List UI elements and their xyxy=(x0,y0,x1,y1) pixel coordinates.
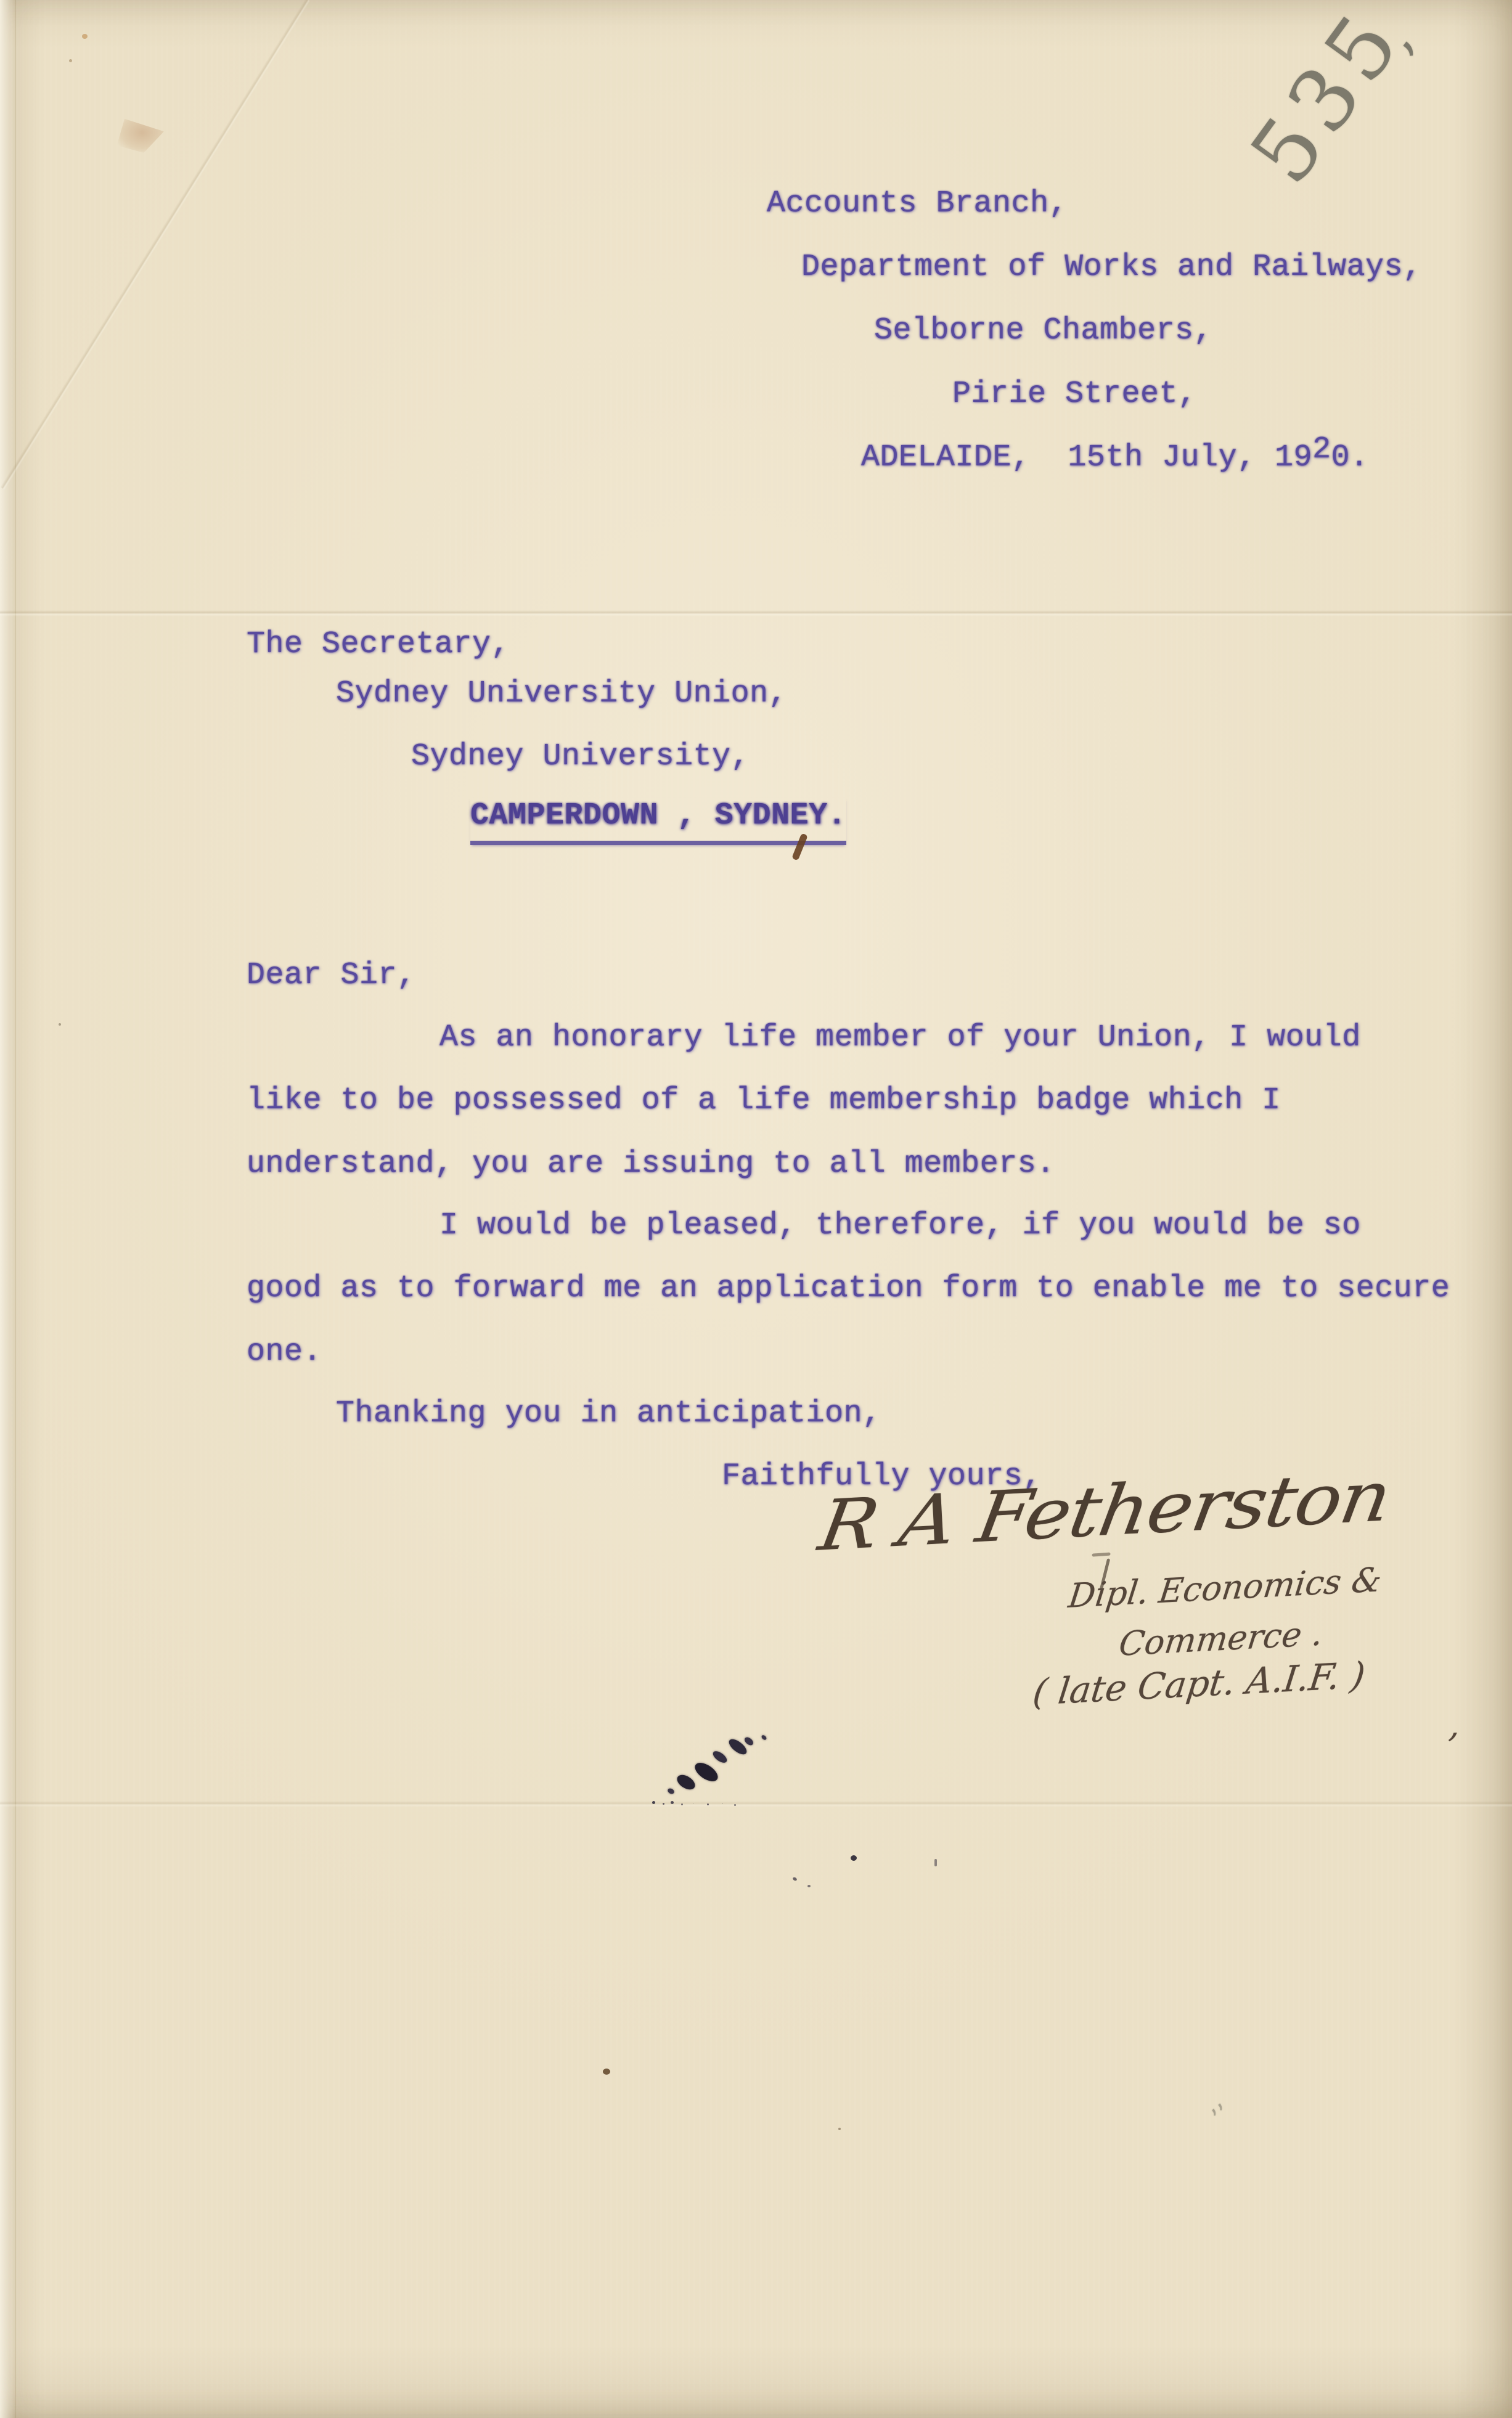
sender-line-2: Department of Works and Railways, xyxy=(801,250,1422,285)
dateline: ADELAIDE, 15th July, 1920. xyxy=(861,441,1369,475)
ink-blob xyxy=(743,1736,755,1747)
signature-trailing-comma: , xyxy=(1447,1705,1463,1745)
recipient-city: CAMPERDOWN , SYDNEY. xyxy=(470,799,846,833)
dateline-middle: 15th July, 19 xyxy=(1031,440,1313,475)
paper-speck xyxy=(59,1023,61,1026)
ink-blob xyxy=(692,1759,721,1785)
recipient-line-2: Sydney University Union, xyxy=(336,677,787,711)
fold-crease-upper xyxy=(0,610,1512,616)
recipient-city-text: CAMPERDOWN , SYDNEY. xyxy=(470,798,846,845)
ink-dot xyxy=(792,1877,798,1882)
ink-blob xyxy=(667,1787,676,1795)
paper-speck xyxy=(82,34,88,39)
dateline-city: ADELAIDE, xyxy=(861,440,1031,475)
paper-speck xyxy=(838,2128,841,2130)
letter-page: 535 ʼ Accounts Branch, Department of Wor… xyxy=(0,0,1512,2418)
body-line-4: I would be pleased, therefore, if you wo… xyxy=(439,1209,1361,1243)
sender-line-4: Pirie Street, xyxy=(952,377,1197,412)
salutation: Dear Sir, xyxy=(247,958,416,993)
ink-smudge xyxy=(669,1739,774,1807)
signature-credential-3: ( late Capt. A.I.F. ) xyxy=(1031,1654,1368,1713)
signature-credential-2: Commerce . xyxy=(1117,1614,1325,1664)
ink-dot xyxy=(807,1885,811,1887)
body-line-1: As an honorary life member of your Union… xyxy=(439,1021,1361,1055)
paper-stain xyxy=(116,116,164,153)
paper-speck xyxy=(69,59,72,62)
ink-blob xyxy=(711,1749,729,1765)
dateline-end: 0. xyxy=(1331,440,1369,475)
recipient-line-3: Sydney University, xyxy=(411,740,750,774)
scan-left-edge xyxy=(0,0,15,2418)
paper-speck xyxy=(603,2069,610,2075)
body-line-3: understand, you are issuing to all membe… xyxy=(247,1147,1055,1182)
sender-line-1: Accounts Branch, xyxy=(767,187,1068,221)
body-line-2: like to be possessed of a life membershi… xyxy=(247,1084,1281,1118)
ink-dot xyxy=(934,1859,937,1866)
pencil-squiggle: ʼʼ xyxy=(1205,2099,1237,2133)
fold-crease-diagonal xyxy=(0,0,310,490)
scan-left-edge-line xyxy=(15,0,16,2418)
body-line-6: one. xyxy=(247,1335,322,1370)
body-line-5: good as to forward me an application for… xyxy=(247,1272,1450,1306)
folio-number: 535 xyxy=(1232,0,1423,201)
ink-blob xyxy=(761,1734,767,1741)
ink-blob xyxy=(674,1772,697,1792)
sender-line-3: Selborne Chambers, xyxy=(874,314,1212,348)
closing-thanks: Thanking you in anticipation, xyxy=(336,1397,881,1431)
dateline-raised-digit: 2 xyxy=(1312,433,1331,467)
ink-dot xyxy=(851,1855,857,1861)
ink-dotted-trace xyxy=(652,1801,655,1804)
recipient-line-1: The Secretary, xyxy=(247,627,510,662)
signature-credential-1: Dipl. Economics & xyxy=(1066,1560,1384,1615)
